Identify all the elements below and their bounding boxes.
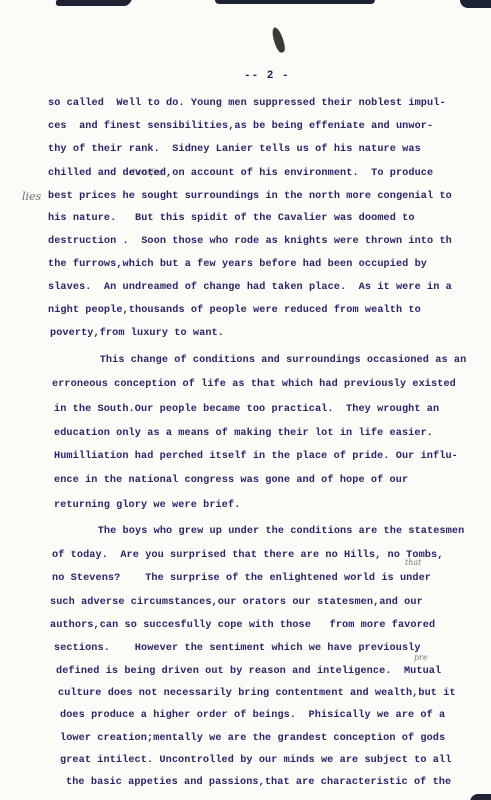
scan-artifact-bottom-right xyxy=(470,794,491,800)
text-line: best prices he sought surroundings in th… xyxy=(48,191,452,202)
text-line: no Stevens? The surprise of the enlighte… xyxy=(52,573,431,584)
text-line: destruction . Soon those who rode as kni… xyxy=(48,236,452,247)
scan-artifact-left xyxy=(53,0,131,6)
text-line: authors,can so succesfully cope with tho… xyxy=(50,620,435,631)
text-line: sections. However the sentiment which we… xyxy=(54,643,421,654)
text-line: The boys who grew up under the condition… xyxy=(48,526,464,537)
page-number: -- 2 - xyxy=(244,70,290,82)
scan-top-edge xyxy=(0,0,491,10)
text-line: lower creation;mentally we are the grand… xyxy=(60,733,445,744)
text-line: ence in the national congress was gone a… xyxy=(54,475,408,486)
text-line: Humilliation had perched itself in the p… xyxy=(54,451,458,462)
scan-artifact-right xyxy=(460,0,491,8)
text-line: poverty,from luxury to want. xyxy=(50,328,224,339)
text-line: the furrows,which but a few years before… xyxy=(48,259,427,270)
text-line: slaves. An undreamed of change had taken… xyxy=(48,282,452,293)
text-line: his nature. But this spidit of the Caval… xyxy=(48,213,415,224)
text-line: returning glory we were brief. xyxy=(54,500,240,511)
text-line: so called Well to do. Young men suppress… xyxy=(48,98,446,109)
text-line: ces and finest sensibilities,as be being… xyxy=(48,121,433,132)
text-line: This change of conditions and surroundin… xyxy=(50,355,466,366)
text-line: in the South.Our people became too pract… xyxy=(54,404,439,415)
thumb-mark-artifact xyxy=(270,26,287,54)
text-line: thy of their rank. Sidney Lanier tells u… xyxy=(48,144,421,155)
text-line: of today. Are you surprised that there a… xyxy=(52,550,443,561)
handwritten-insertion: pre xyxy=(414,653,428,662)
margin-annotation: lies xyxy=(22,190,41,203)
text-line: chilled and devoted,on account of his en… xyxy=(48,168,433,179)
text-line: culture does not necessarily bring conte… xyxy=(58,688,456,699)
text-line: great intilect. Uncontrolled by our mind… xyxy=(60,755,451,766)
text-line: night people,thousands of people were re… xyxy=(48,305,421,316)
text-line: such adverse circumstances,our orators o… xyxy=(50,597,423,608)
text-line: the basic appeties and passions,that are… xyxy=(66,777,451,788)
text-line: does produce a higher order of beings. P… xyxy=(60,710,445,721)
scan-artifact-middle xyxy=(215,0,375,4)
text-line: defined is being driven out by reason an… xyxy=(56,666,441,677)
text-line: education only as a means of making thei… xyxy=(54,428,433,439)
text-line: erroneous conception of life as that whi… xyxy=(52,379,456,390)
